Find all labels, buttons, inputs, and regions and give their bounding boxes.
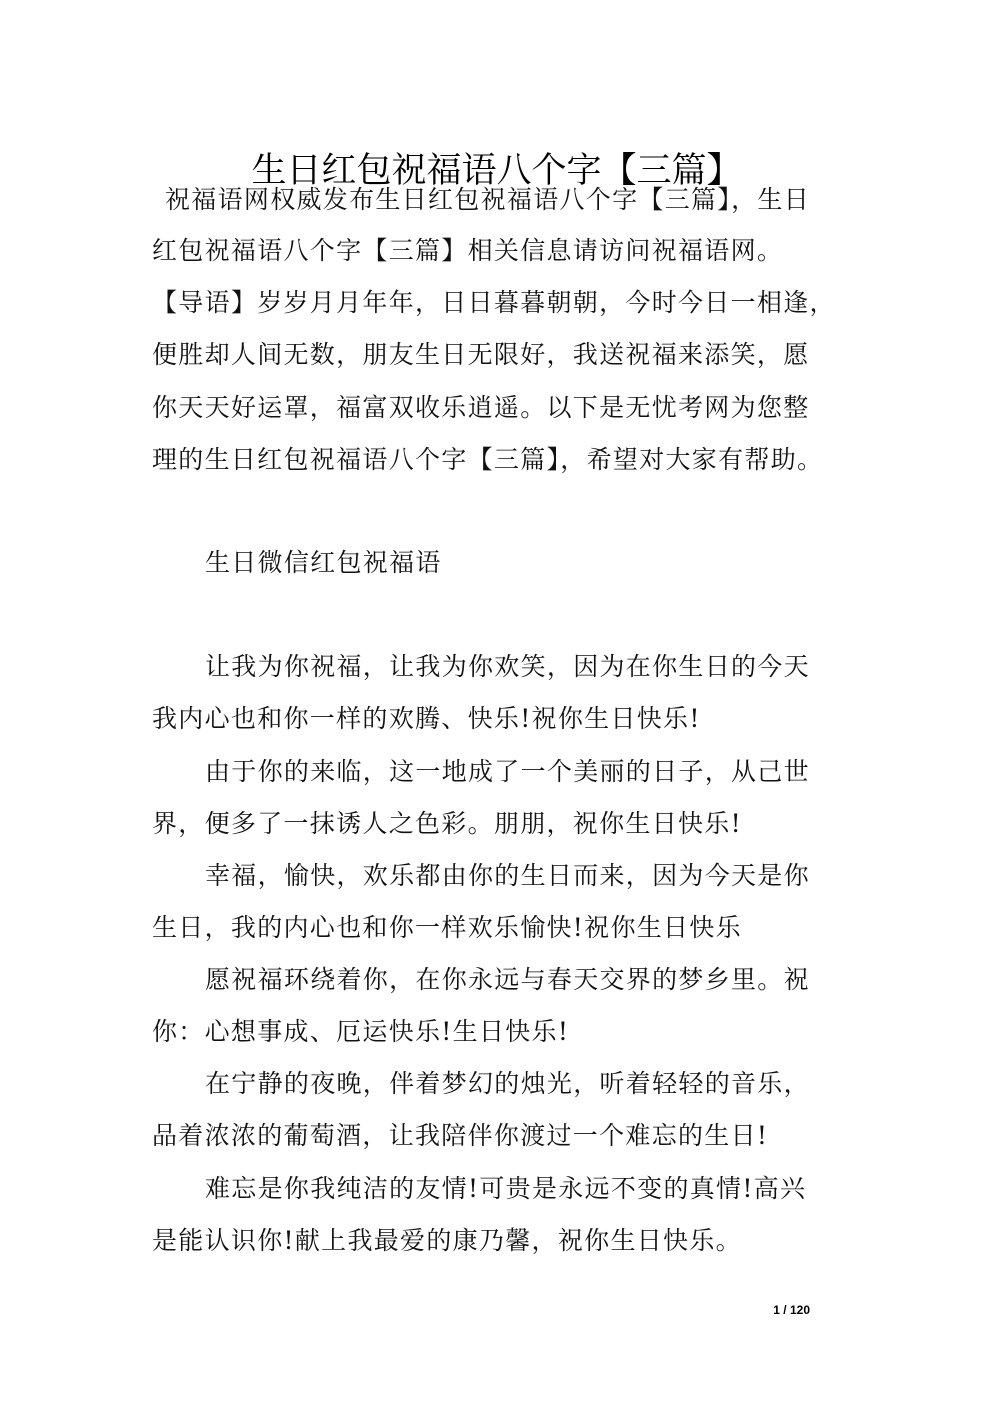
intro-line: 祝福语网权威发布生日红包祝福语八个字【三篇】，生日	[165, 183, 855, 217]
paragraph-line: 品着浓浓的葡萄酒，让我陪伴你渡过一个难忘的生日!	[152, 1119, 842, 1153]
lead-line: 你天天好运罩，福富双收乐逍遥。以下是无忧考网为您整	[152, 391, 842, 425]
paragraph-line: 我内心也和你一样的欢腾、快乐!祝你生日快乐!	[152, 702, 842, 736]
paragraph-first-line: 愿祝福环绕着你，在你永远与春天交界的梦乡里。祝	[205, 963, 895, 997]
paragraph-first-line: 由于你的来临，这一地成了一个美丽的日子，从己世	[205, 755, 895, 789]
lead-line: 便胜却人间无数，朋友生日无限好，我送祝福来添笑，愿	[152, 338, 842, 372]
paragraph-line: 是能认识你!献上我最爱的康乃馨，祝你生日快乐。	[152, 1224, 842, 1258]
paragraph-first-line: 在宁静的夜晚，伴着梦幻的烛光，听着轻轻的音乐，	[205, 1067, 895, 1101]
lead-line: 【导语】岁岁月月年年，日日暮暮朝朝，今时今日一相逢，	[152, 286, 842, 320]
intro-line: 红包祝福语八个字【三篇】相关信息请访问祝福语网。	[152, 234, 842, 268]
section-heading: 生日微信红包祝福语	[205, 546, 895, 580]
paragraph-line: 生日，我的内心也和你一样欢乐愉快!祝你生日快乐	[152, 911, 842, 945]
paragraph-first-line: 让我为你祝福，让我为你欢笑，因为在你生日的今天	[205, 650, 895, 684]
paragraph-line: 你：心想事成、厄运快乐!生日快乐!	[152, 1015, 842, 1049]
paragraph-first-line: 难忘是你我纯洁的友情!可贵是永远不变的真情!高兴	[205, 1172, 895, 1206]
paragraph-first-line: 幸福，愉快，欢乐都由你的生日而来，因为今天是你	[205, 859, 895, 893]
paragraph-line: 界，便多了一抹诱人之色彩。朋朋，祝你生日快乐!	[152, 807, 842, 841]
document-page: 生日红包祝福语八个字【三篇】 祝福语网权威发布生日红包祝福语八个字【三篇】，生日…	[0, 0, 993, 1404]
lead-line: 理的生日红包祝福语八个字【三篇】，希望对大家有帮助。	[152, 443, 842, 477]
page-indicator: 1 / 120	[760, 1303, 810, 1317]
